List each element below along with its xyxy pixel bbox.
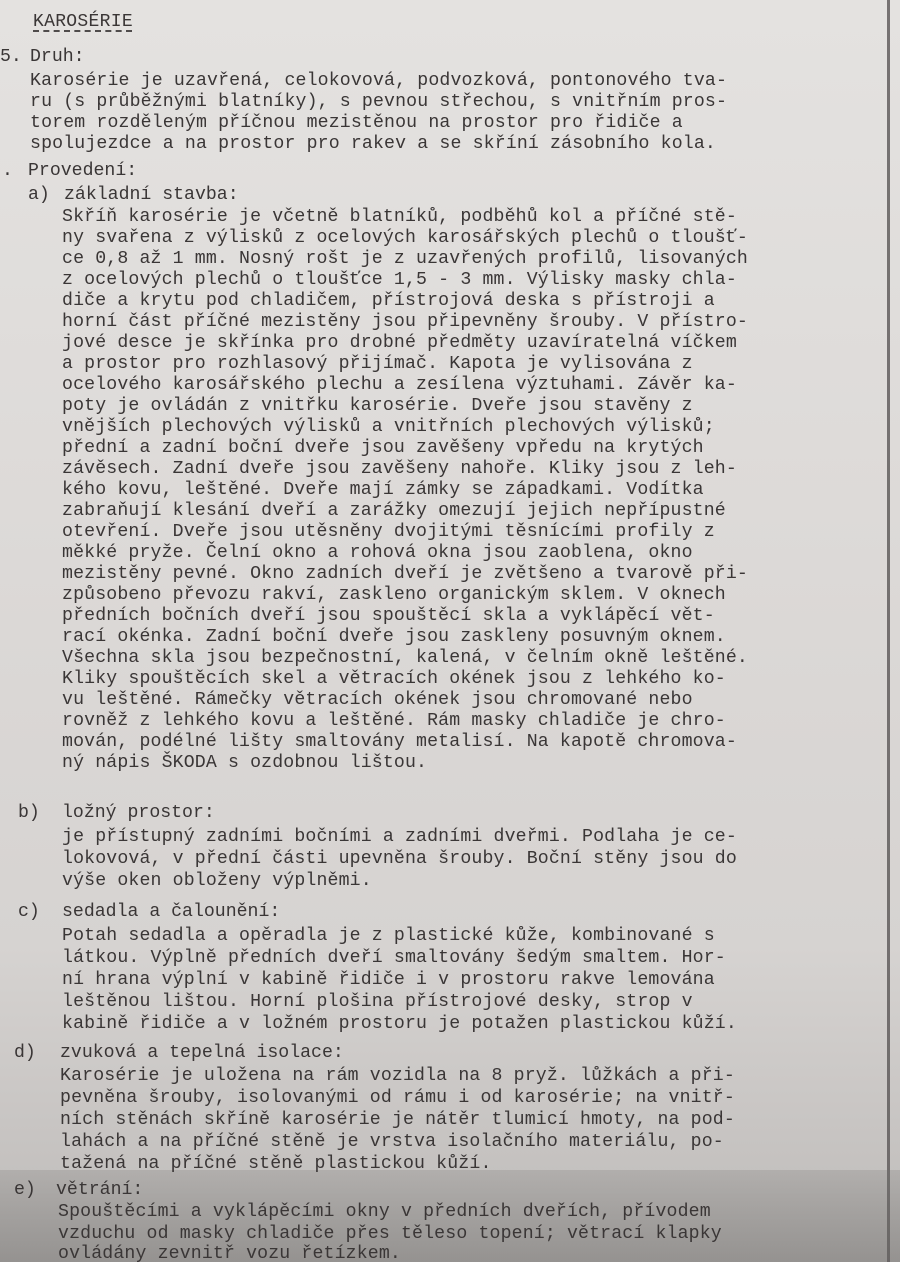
text-line: poty je ovládán z vnitřku karosérie. Dve…	[62, 396, 693, 416]
text-line: Potah sedadla a opěradla je z plastické …	[62, 926, 715, 946]
document-title: KAROSÉRIE	[33, 12, 133, 32]
text-line: ce 0,8 až 1 mm. Nosný rošt je z uzavřený…	[62, 249, 748, 269]
subsection-label: c)	[18, 902, 40, 922]
subsection-label: a)	[28, 185, 50, 205]
text-line: je přístupný zadními bočními a zadními d…	[62, 827, 737, 847]
subsection-heading-lozny-prostor: ložný prostor:	[62, 803, 215, 823]
text-line: mezistěny pevné. Okno zadních dveří je z…	[62, 564, 748, 584]
text-line: ních stěnách skříně karosérie je nátěr t…	[60, 1110, 735, 1130]
text-line: způsobeno převozu rakví, zaskleno organi…	[62, 585, 726, 605]
text-line: lahách a na příčné stěně je vrstva isola…	[60, 1132, 724, 1152]
text-line: vu leštěné. Rámečky větracích okének jso…	[62, 690, 693, 710]
text-line: a prostor pro rozhlasový přijímač. Kapot…	[62, 354, 693, 374]
text-line: vnějších plechových výlisků a vnitřních …	[62, 417, 715, 437]
text-line: spolujezdce a na prostor pro rakev a se …	[30, 134, 716, 154]
text-line: horní část příčné mezistěny jsou připevn…	[62, 312, 748, 332]
subsection-label: d)	[14, 1043, 36, 1063]
text-line: otevření. Dveře jsou utěsněny dvojitými …	[62, 522, 715, 542]
text-line: Skříň karosérie je včetně blatníků, podb…	[62, 207, 737, 227]
text-line: Karosérie je uložena na rám vozidla na 8…	[60, 1066, 735, 1086]
text-line: kého kovu, leštěné. Dveře mají zámky se …	[62, 480, 704, 500]
text-line: z ocelových plechů o tloušťce 1,5 - 3 mm…	[62, 270, 737, 290]
text-line: rací okénka. Zadní boční dveře jsou zask…	[62, 627, 726, 647]
subsection-label: e)	[14, 1180, 36, 1200]
section-number: 5.	[0, 47, 22, 67]
subsection-heading-vetrani: větrání:	[56, 1180, 143, 1200]
text-line: přední a zadní boční dveře jsou zavěšeny…	[62, 438, 704, 458]
text-line: ný nápis ŠKODA s ozdobnou lištou.	[62, 753, 427, 773]
text-line: diče a krytu pod chladičem, přístrojová …	[62, 291, 715, 311]
text-line: Spouštěcími a vyklápěcími okny v předníc…	[58, 1202, 711, 1222]
text-line: torem rozděleným příčnou mezistěnou na p…	[30, 113, 683, 133]
text-line: látkou. Výplně předních dveří smaltovány…	[62, 948, 726, 968]
text-line: tažená na příčné stěně plastickou kůží.	[60, 1154, 492, 1174]
typewritten-page: KAROSÉRIE 5. Druh: Karosérie je uzavřená…	[0, 0, 900, 1262]
text-line: mován, podélné lišty smaltovány metalisí…	[62, 732, 737, 752]
text-line: vzduchu od masky chladiče přes těleso to…	[58, 1224, 722, 1244]
subsection-heading-isolace: zvuková a tepelná isolace:	[60, 1043, 344, 1063]
text-line: výše oken obloženy výplněmi.	[62, 871, 372, 891]
text-line: rovněž z lehkého kovu a leštěné. Rám mas…	[62, 711, 726, 731]
section-heading-druh: Druh:	[30, 47, 85, 67]
text-line: ocelového karosářského plechu a zesílena…	[62, 375, 737, 395]
text-line: pevněna šrouby, isolovanými od rámu i od…	[60, 1088, 735, 1108]
text-line: ní hrana výplní v kabině řidiče i v pros…	[62, 970, 715, 990]
text-line: kabině řidiče a v ložném prostoru je pot…	[62, 1014, 737, 1034]
text-line: ny svařena z výlisků z ocelových karosář…	[62, 228, 748, 248]
text-line: lokovová, v přední části upevněna šrouby…	[62, 849, 737, 869]
text-line: předních bočních dveří jsou spouštěcí sk…	[62, 606, 715, 626]
text-line: ovládány zevnitř vozu řetízkem.	[58, 1244, 401, 1262]
page-edge-line	[887, 0, 890, 1262]
section-heading-provedeni: Provedení:	[28, 161, 137, 181]
text-line: Kliky spouštěcích skel a větracích okéne…	[62, 669, 726, 689]
text-line: závěsech. Zadní dveře jsou zavěšeny naho…	[62, 459, 737, 479]
text-line: leštěnou lištou. Horní plošina přístrojo…	[62, 992, 693, 1012]
text-line: Všechna skla jsou bezpečnostní, kalená, …	[62, 648, 748, 668]
subsection-heading-sedadla: sedadla a čalounění:	[62, 902, 280, 922]
text-line: zabraňují klesání dveří a zarážky omezuj…	[62, 501, 726, 521]
text-line: jové desce je skřínka pro drobné předmět…	[62, 333, 737, 353]
text-line: měkké pryže. Čelní okno a rohová okna js…	[62, 543, 693, 563]
text-line: ru (s průběžnými blatníky), s pevnou stř…	[30, 92, 727, 112]
subsection-label: b)	[18, 803, 40, 823]
subsection-heading-zakladni-stavba: základní stavba:	[64, 185, 239, 205]
text-line: Karosérie je uzavřená, celokovová, podvo…	[30, 71, 727, 91]
section-number: .	[2, 161, 13, 181]
